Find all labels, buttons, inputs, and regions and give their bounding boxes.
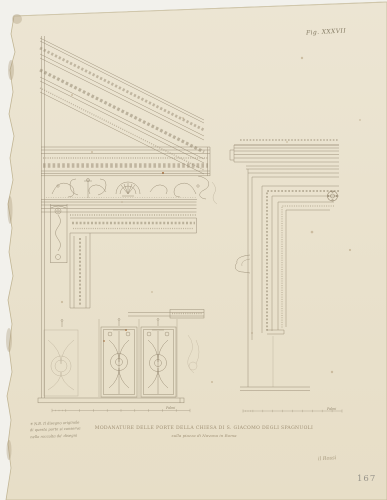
scale-label-left: Palmi (166, 406, 175, 410)
plate-number: 167 (357, 474, 376, 484)
caption-title: MODANATURE DELLE PORTE DELLA CHIESA DI S… (88, 426, 320, 431)
scale-label-right: Palmi (327, 407, 336, 411)
scanned-plate: Fig. XXXVII ✳ N.B. Il disegno originale … (0, 0, 387, 500)
caption-subtitle: sulla piazza di Navona in Roma (133, 433, 275, 438)
